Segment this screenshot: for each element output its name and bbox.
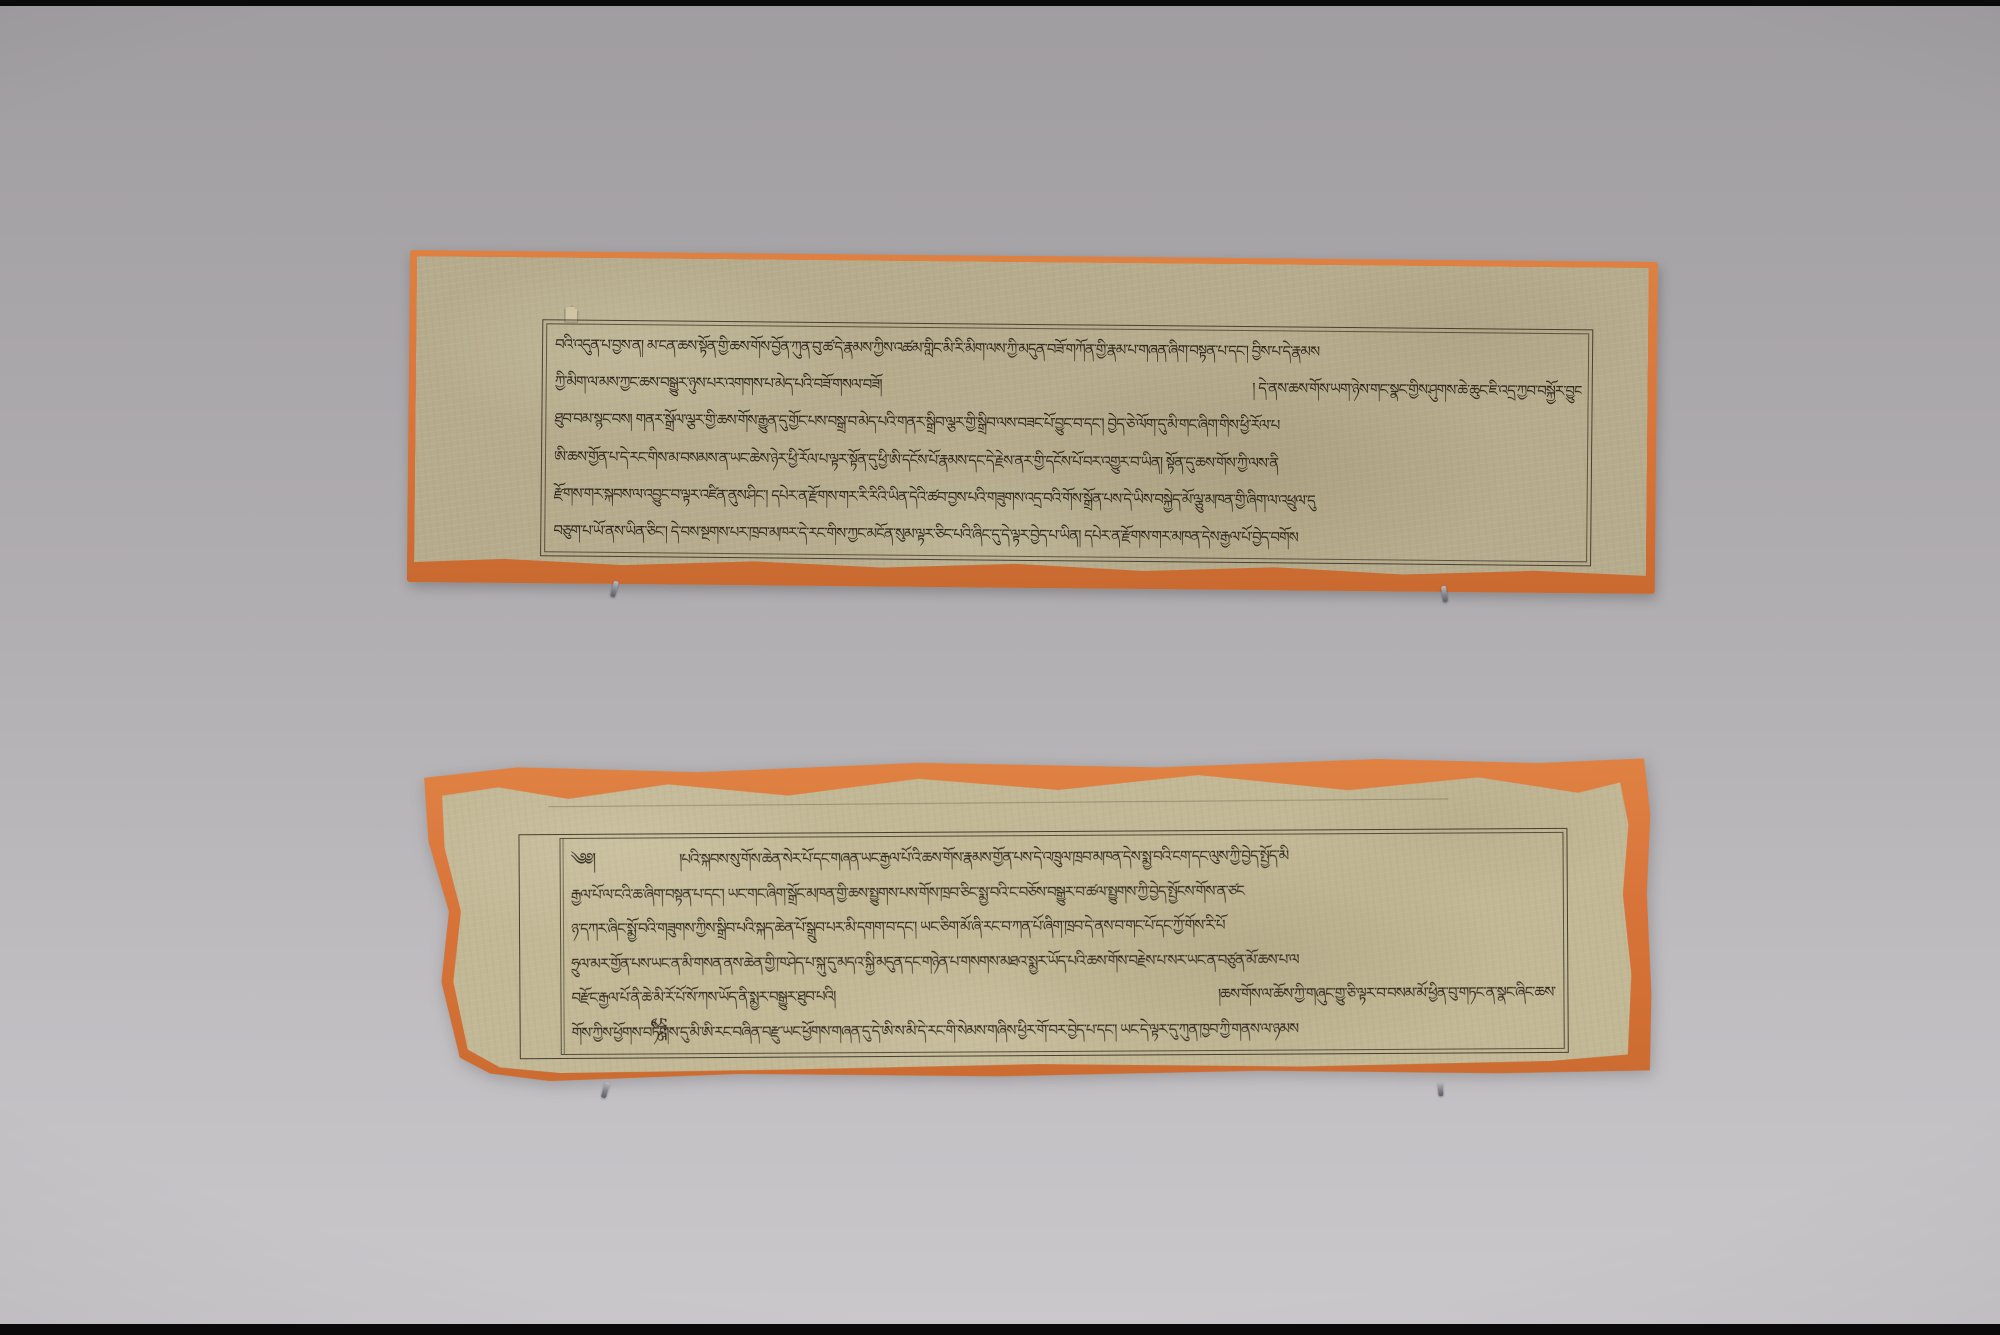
text-block: ༄༅།།པའི་སྐབས་སུ་གོས་ཆེན་སེར་པོ་དང་གཞན་ཡང…: [571, 838, 1556, 1050]
line-gap: [595, 860, 679, 861]
text-line-segment: བརྫོང་རྒྱལ་པོ་ནི་ཆེ་མི་རོ་པོ་སོ་ཀས་ཡོད་ན…: [571, 990, 835, 1007]
text-line: བརྫོང་རྒྱལ་པོ་ནི་ཆེ་མི་རོ་པོ་སོ་ཀས་ཡོད་ན…: [571, 976, 1555, 1015]
text-line-segment: རྒྱལ་པོ་ལ་ངའི་ཆ་ཞིག་བསྟན་པ་དང་། ཡང་གང་ཞི…: [571, 883, 1244, 902]
text-block: བའི་འདུན་པ་བྱས་ན། མ་ངན་ཆས་སྟོན་གྱི་ཆས་གོ…: [553, 326, 1582, 559]
text-line: རྒྱལ་པོ་ལ་ངའི་ཆ་ཞིག་བསྟན་པ་དང་། ཡང་གང་ཞི…: [571, 873, 1555, 912]
text-line-segment: རྫོགས་གར་སྐབས་ལ་འབྱུང་བ་ལྟར་འཛིན་ནུས་ཤིང…: [554, 486, 1315, 508]
text-line-segment: ཀྱི་མིག་ལ་མས་ཀྱང་ཆས་བསྒྱུར་ཉུས་པར་འགགས་པ…: [555, 374, 882, 392]
text-line-segment: བཅུག་པ་ཡོ་ནས་ཡིན་ཅིང་། དེ་བས་སྔགས་པར་ཁྲབ…: [553, 524, 1298, 546]
manuscript-leaf-bottom: ཕྱ་ཅ ༄༅།།པའི་སྐབས་སུ་གོས་ཆེན་སེར་པོ་དང་ག…: [398, 754, 1654, 1084]
text-line-segment: ཉ་དཀར་ཞིང་སྨྱོ་བའི་གཟུགས་ཀྱིས་སྒྲིབ་པའི་…: [571, 918, 1225, 937]
mounting-pin-icon: [1438, 1082, 1444, 1096]
photo-vignette: [0, 0, 2000, 1335]
text-line-segment: བའི་འདུན་པ་བྱས་ན། མ་ངན་ཆས་སྟོན་གྱི་ཆས་གོ…: [555, 337, 1319, 359]
photo-backdrop: བའི་འདུན་པ་བྱས་ན། མ་ངན་ཆས་སྟོན་གྱི་ཆས་གོ…: [0, 0, 2000, 1335]
text-line: ཧྲུལ་མར་གྱོན་པས་ཡང་ན་མི་གསན་ནས་ཆེན་གྱི་ཁ…: [571, 942, 1555, 981]
text-line-segment: ཨི་ཆས་གྱོན་པ་དེ་རང་གིས་མ་བསམས་ན་ཡང་ཆེས་ཉ…: [554, 449, 1278, 471]
text-frame-inner-border: ༄༅།།པའི་སྐབས་སུ་གོས་ཆེན་སེར་པོ་དང་གཞན་ཡང…: [559, 832, 1564, 1055]
line-gap: [882, 385, 1253, 389]
text-frame-border: ཕྱ་ཅ ༄༅།།པའི་སྐབས་སུ་གོས་ཆེན་སེར་པོ་དང་ག…: [518, 828, 1568, 1059]
leaf-paper: བའི་འདུན་པ་བྱས་ན། མ་ངན་ཆས་སྟོན་གྱི་ཆས་གོ…: [414, 256, 1649, 594]
manuscript-leaf-top: བའི་འདུན་པ་བྱས་ན། མ་ངན་ཆས་སྟོན་གྱི་ཆས་གོ…: [407, 250, 1658, 594]
text-line: ཉ་དཀར་ཞིང་སྨྱོ་བའི་གཟུགས་ཀྱིས་སྒྲིབ་པའི་…: [571, 907, 1555, 946]
letterbox-top-bar: [0, 0, 2000, 6]
text-line-segment: །ཆས་གོས་ལ་ཆོས་ཀྱི་གཞུང་གྱུ་ཅི་ལྟར་བ་བསམ་…: [1218, 985, 1556, 1002]
yig-mgo-ornament: ༄༅།: [571, 852, 596, 869]
text-line: ༄༅།།པའི་སྐབས་སུ་གོས་ཆེན་སེར་པོ་དང་གཞན་ཡང…: [571, 838, 1555, 877]
line-gap: [835, 995, 1217, 997]
mounting-pin-icon: [601, 1082, 610, 1099]
text-line-segment: ཐུབ་བམ་སྙང་བས། གནར་སྒྲོལ་ལྕར་གྱི་ཆས་གོས་…: [554, 412, 1279, 434]
text-line-segment: གོས་ཀྱིས་ཕྱོགས་བཏིགས་དུ་མི་ཨི་རང་བཞིན་བར…: [572, 1021, 1299, 1040]
letterbox-bottom-bar: [0, 1324, 2000, 1335]
text-line-segment: ཧྲུལ་མར་གྱོན་པས་ཡང་ན་མི་གསན་ནས་ཆེན་གྱི་ཁ…: [571, 952, 1298, 971]
text-line: གོས་ཀྱིས་ཕྱོགས་བཏིགས་དུ་མི་ཨི་རང་བཞིན་བར…: [572, 1011, 1556, 1050]
text-line-segment: ། དེ་ནས་ཆས་གོས་ཡག་ཉེས་གང་སྣང་གྱིས་ཤུགས་ཆ…: [1252, 381, 1582, 399]
text-frame-border: བའི་འདུན་པ་བྱས་ན། མ་ངན་ཆས་སྟོན་གྱི་ཆས་གོ…: [540, 319, 1593, 566]
text-line-segment: །པའི་སྐབས་སུ་གོས་ཆེན་སེར་པོ་དང་གཞན་ཡང་རྒ…: [679, 849, 1288, 868]
